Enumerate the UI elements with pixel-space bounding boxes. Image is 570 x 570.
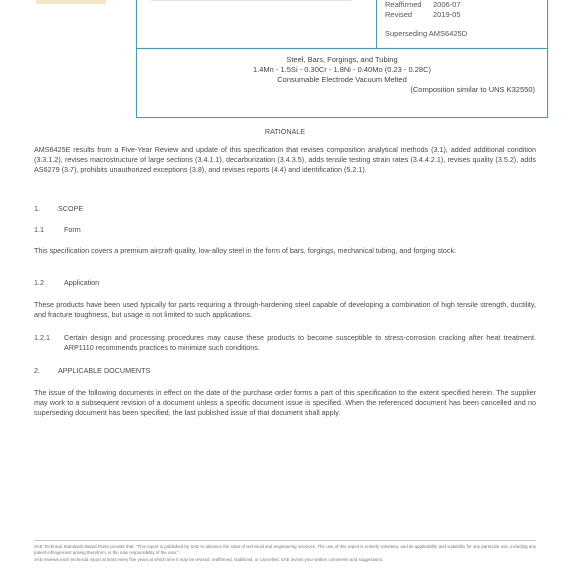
revised-row: Revised 2019-05 [385, 10, 467, 20]
header-title-cell [137, 0, 377, 48]
section-number: 1.2.1 [34, 333, 64, 353]
section-title: Application [64, 278, 99, 288]
section-title: SCOPE [58, 204, 83, 214]
section-number: 1.2 [34, 278, 64, 288]
section-number: 1. [34, 204, 58, 214]
footer-notice-2: SAE reviews each technical report at lea… [34, 557, 536, 563]
composition-line: 1.4Mn - 1.5Si - 0.30Cr - 1.8Ni - 0.40Mo … [137, 65, 547, 75]
section-1-2-text: These products have been used typically … [34, 300, 536, 320]
uns-similarity-line: (Composition similar to UNS K32550) [137, 85, 547, 95]
superseding-note: Superseding AMS6425D [385, 29, 467, 39]
section-1-2-1: 1.2.1 Certain design and processing proc… [34, 333, 536, 353]
footer-divider [34, 540, 536, 541]
reaffirmed-date: 2006-07 [433, 0, 461, 10]
reaffirmed-row: Reaffirmed 2006-07 [385, 0, 467, 10]
melt-process-line: Consumable Electrode Vacuum Melted [137, 75, 547, 85]
section-1-2-heading: 1.2 Application [34, 278, 536, 288]
section-2-text: The issue of the following documents in … [34, 388, 536, 417]
section-title: APPLICABLE DOCUMENTS [58, 366, 150, 376]
section-number: 1.1 [34, 225, 64, 235]
rationale-heading: RATIONALE [34, 127, 536, 137]
document-header-box: Reaffirmed 2006-07 Revised 2019-05 Super… [136, 0, 548, 49]
revision-info: Reaffirmed 2006-07 Revised 2019-05 Super… [385, 0, 467, 39]
footer-notice-1: SAE Technical Standards Board Rules prov… [34, 544, 536, 555]
section-title: Form [64, 225, 81, 235]
reaffirmed-label: Reaffirmed [385, 0, 433, 10]
document-type-title [151, 0, 351, 1]
section-1-heading: 1. SCOPE [34, 204, 536, 214]
revised-date: 2019-05 [433, 10, 461, 20]
section-1-1-heading: 1.1 Form [34, 225, 536, 235]
section-2-heading: 2. APPLICABLE DOCUMENTS [34, 366, 536, 376]
material-title: Steel, Bars, Forgings, and Tubing [137, 55, 547, 65]
revised-label: Revised [385, 10, 433, 20]
section-1-2-1-text: Certain design and processing procedures… [64, 333, 536, 353]
material-title-box: Steel, Bars, Forgings, and Tubing 1.4Mn … [136, 48, 548, 118]
section-1-1-text: This specification covers a premium airc… [34, 246, 536, 256]
rationale-text: AMS6425E results from a Five-Year Review… [34, 145, 536, 174]
sae-logo [36, 0, 106, 4]
section-number: 2. [34, 366, 58, 376]
